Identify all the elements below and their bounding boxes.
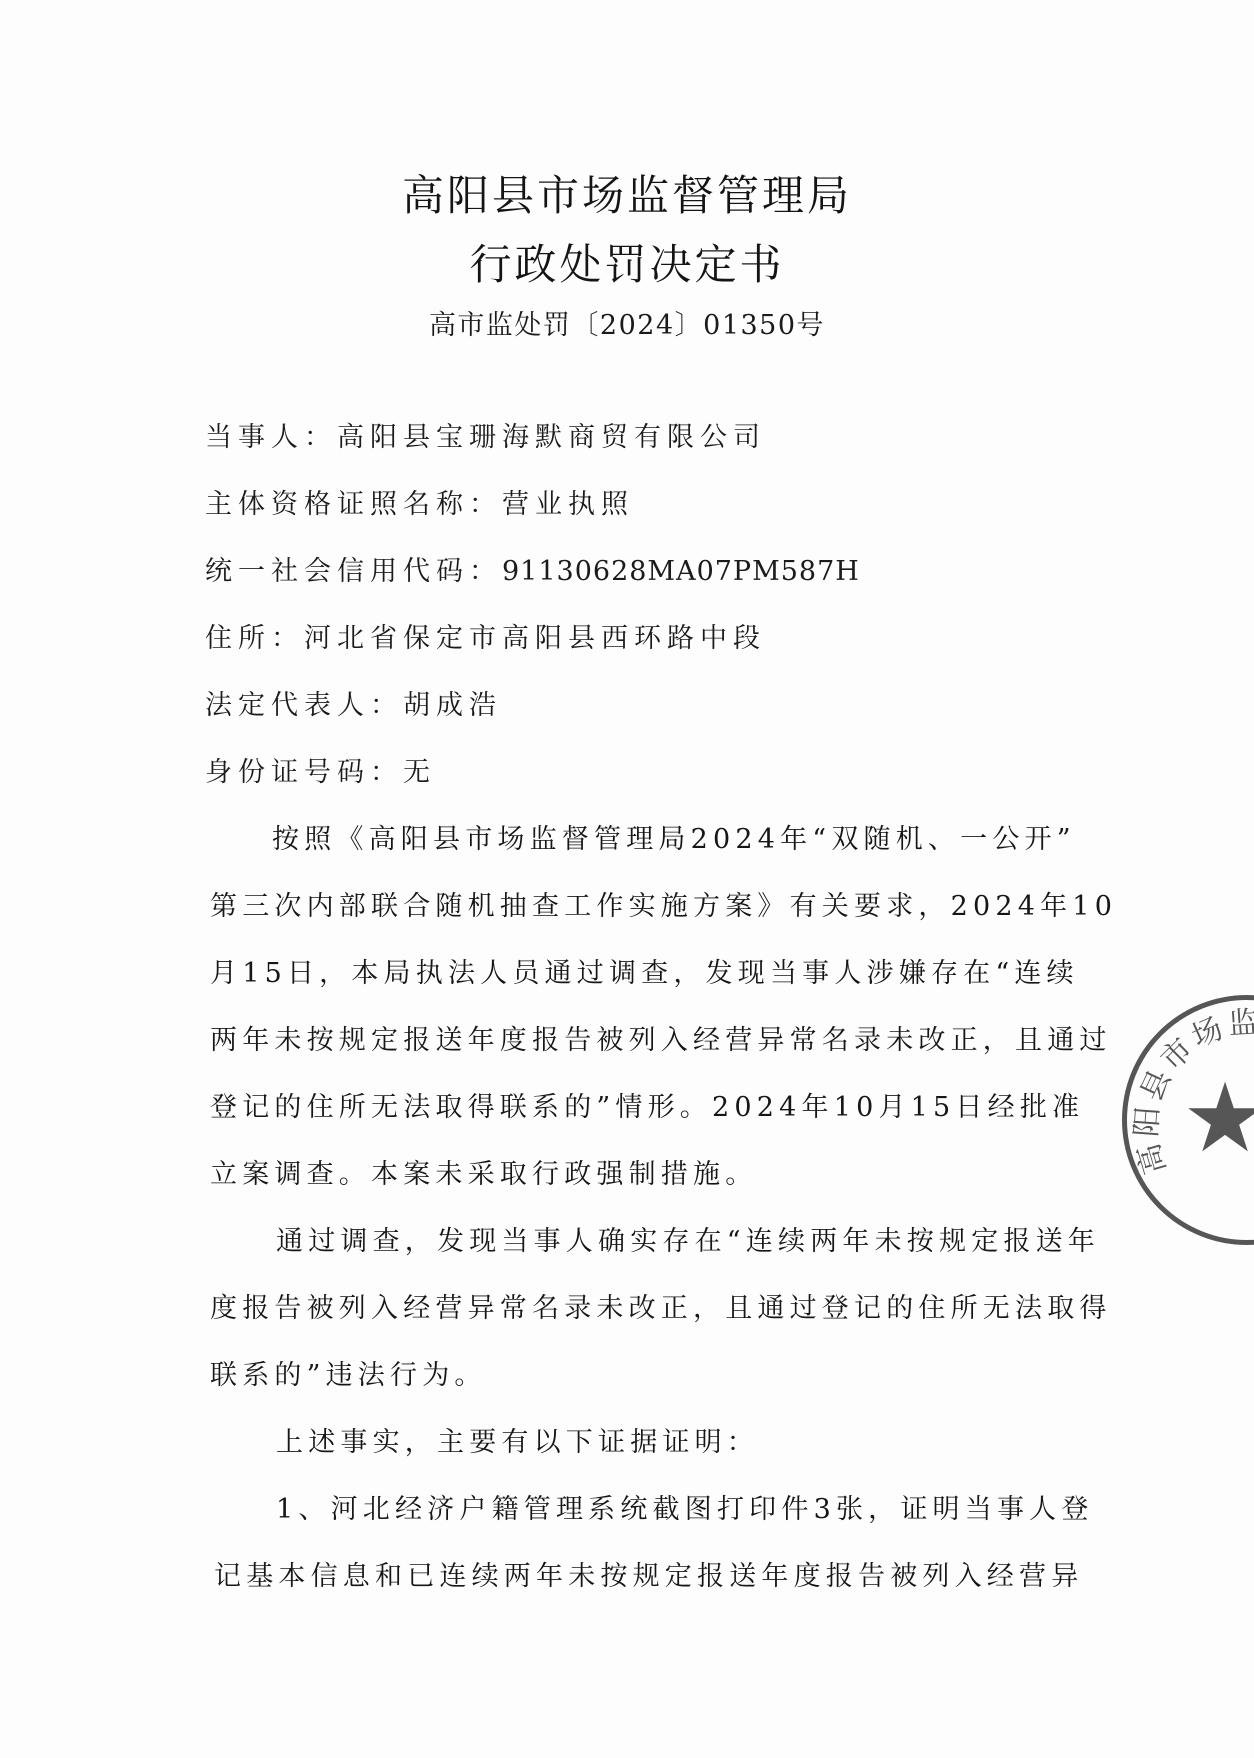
party-name-label: 当事人：: [205, 422, 337, 453]
body-line: 记基本信息和已连续两年未按规定报送年度报告被列入经营异: [214, 1554, 1083, 1593]
body-line: 通过调查，发现当事人确实存在“连续两年未按规定报送年: [276, 1219, 1100, 1258]
credit-code-row: 统一社会信用代码：91130628MA07PM587H: [205, 549, 860, 588]
body-line: 上述事实，主要有以下证据证明：: [276, 1420, 759, 1459]
address-row: 住所：河北省保定市高阳县西环路中段: [205, 616, 766, 655]
seal-star-icon: ★: [1182, 1070, 1254, 1166]
id-number-row: 身份证号码：无: [205, 750, 436, 789]
legal-rep-row: 法定代表人：胡成浩: [205, 683, 502, 722]
body-line: 度报告被列入经营异常名录未改正，且通过登记的住所无法取得: [210, 1286, 1112, 1325]
document-number: 高市监处罚〔2024〕01350号: [0, 303, 1254, 342]
license-value: 营业执照: [502, 489, 634, 520]
document-title-type: 行政处罚决定书: [0, 232, 1254, 292]
address-label: 住所：: [205, 623, 304, 654]
body-line: 两年未按规定报送年度报告被列入经营异常名录未改正，且通过: [210, 1018, 1112, 1057]
body-line: 联系的”违法行为。: [210, 1353, 487, 1392]
credit-code-label: 统一社会信用代码：: [205, 556, 502, 587]
legal-rep-value: 胡成浩: [403, 690, 502, 721]
address-value: 河北省保定市高阳县西环路中段: [304, 623, 766, 654]
party-name-row: 当事人：高阳县宝珊海默商贸有限公司: [205, 415, 766, 454]
id-number-label: 身份证号码：: [205, 757, 403, 788]
id-number-value: 无: [403, 757, 436, 788]
license-row: 主体资格证照名称：营业执照: [205, 482, 634, 521]
document-title-agency: 高阳县市场监督管理局: [0, 163, 1254, 223]
body-line: 登记的住所无法取得联系的”情形。2024年10月15日经批准: [210, 1085, 1084, 1124]
body-line: 1、河北经济户籍管理系统截图打印件3张，证明当事人登: [276, 1487, 1094, 1526]
official-seal: 高阳县市场监督管理局 ★: [1122, 995, 1254, 1245]
license-label: 主体资格证照名称：: [205, 489, 502, 520]
body-line: 月15日，本局执法人员通过调查，发现当事人涉嫌存在“连续: [210, 951, 1079, 990]
party-name-value: 高阳县宝珊海默商贸有限公司: [337, 422, 766, 453]
body-line: 第三次内部联合随机抽查工作实施方案》有关要求，2024年10: [210, 884, 1117, 923]
legal-rep-label: 法定代表人：: [205, 690, 403, 721]
document-page: 高阳县市场监督管理局 行政处罚决定书 高市监处罚〔2024〕01350号 当事人…: [0, 0, 1254, 1758]
body-line: 立案调查。本案未采取行政强制措施。: [210, 1152, 757, 1191]
credit-code-value: 91130628MA07PM587H: [502, 556, 860, 587]
body-line: 按照《高阳县市场监督管理局2024年“双随机、一公开”: [272, 817, 1076, 856]
